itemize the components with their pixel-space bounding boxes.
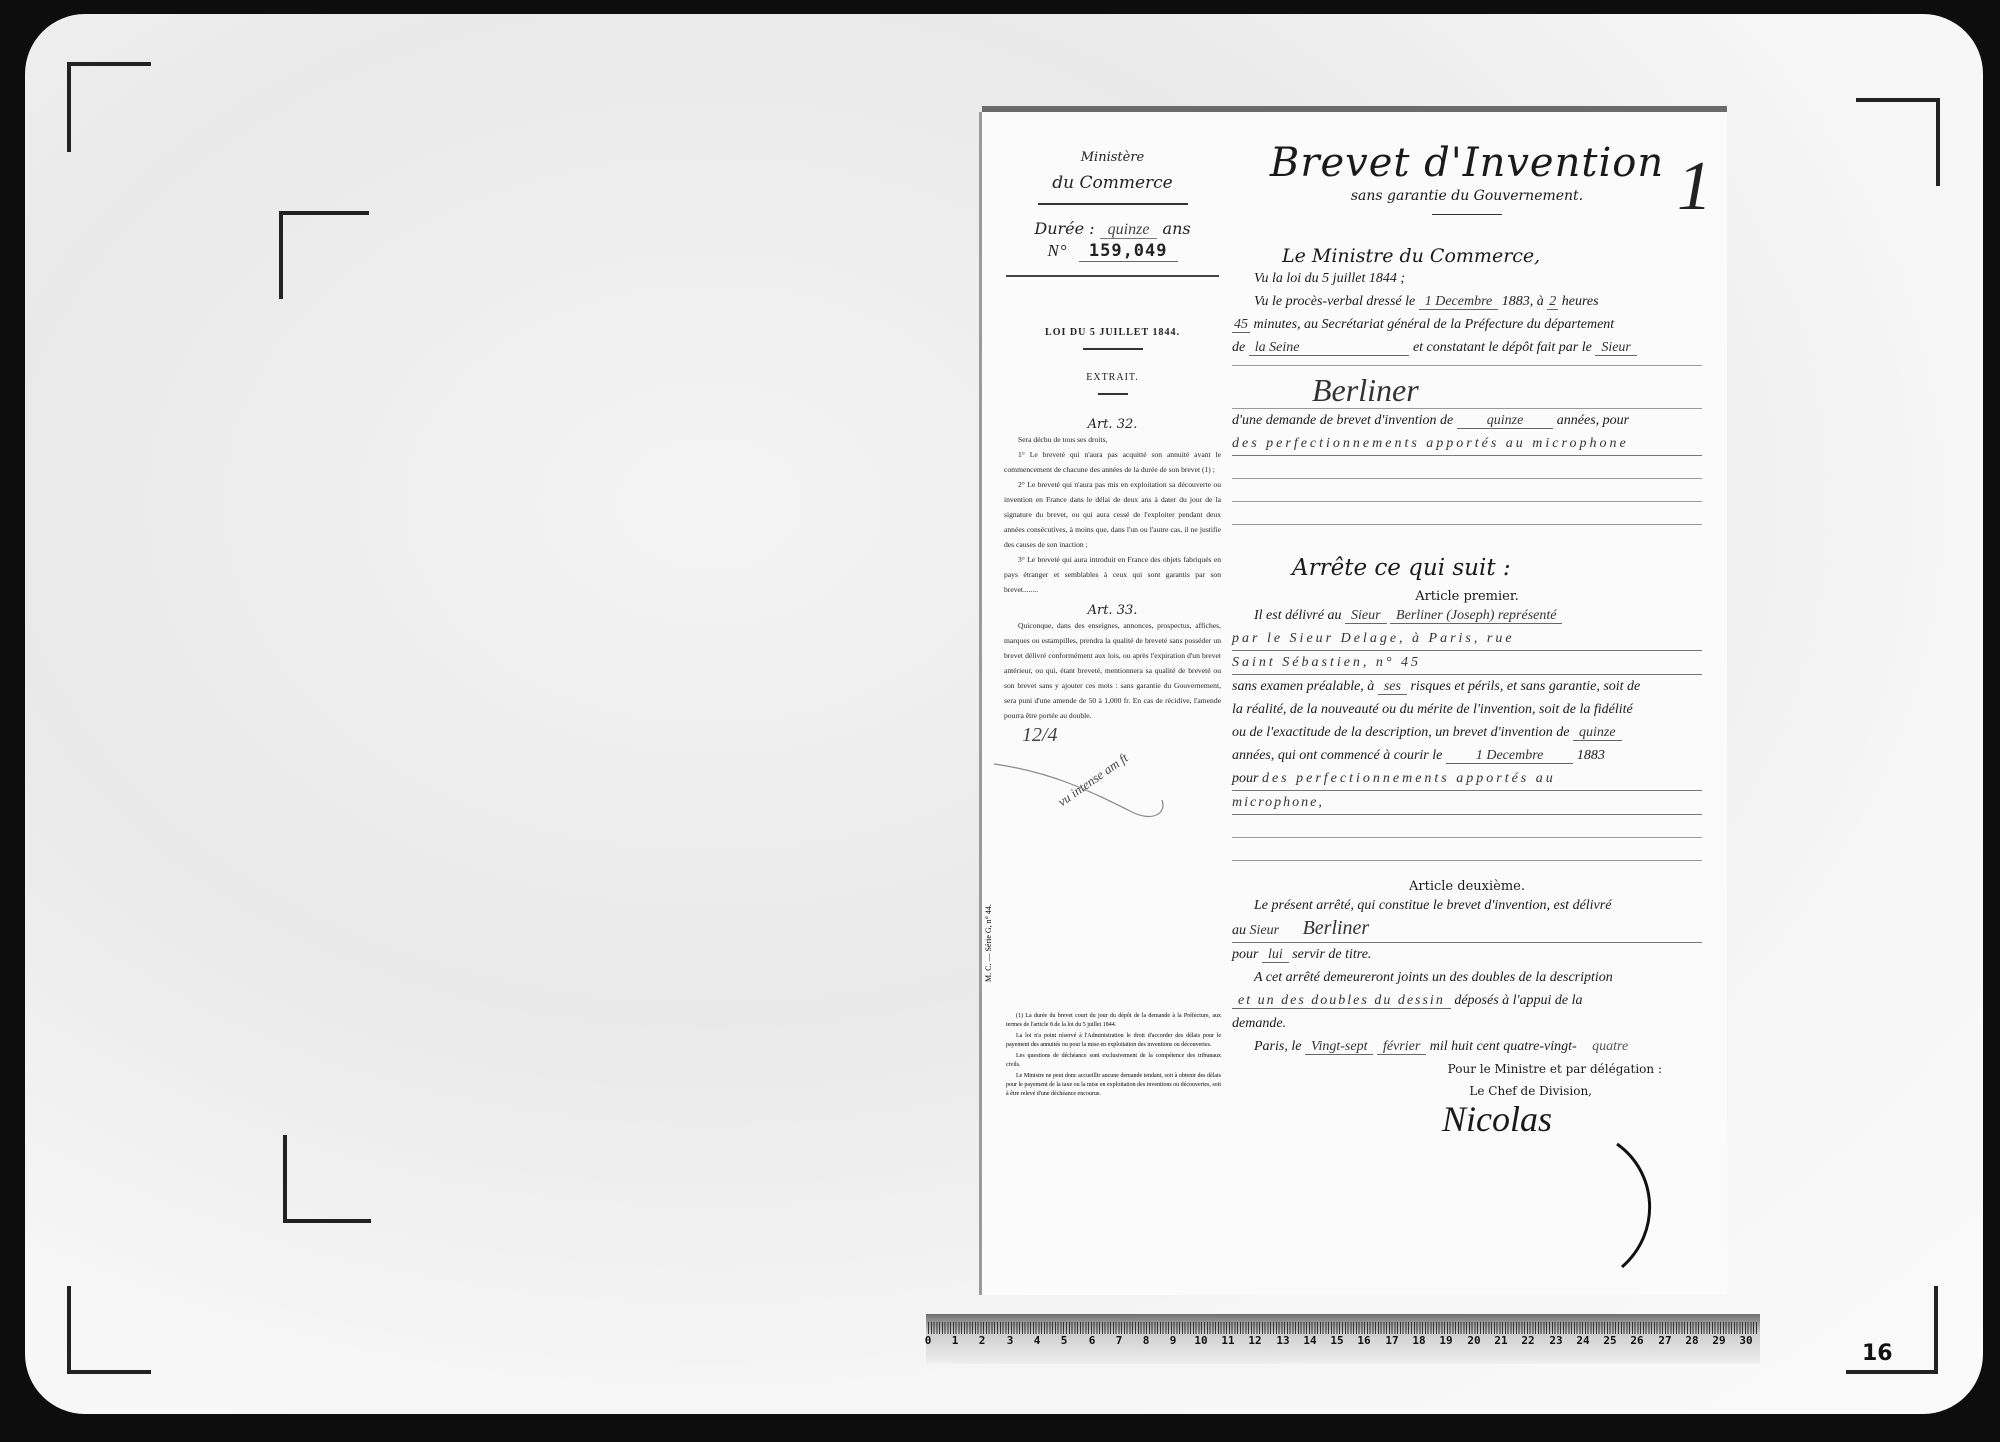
article33-heading: Art. 33. bbox=[1000, 603, 1225, 618]
ruler-label: 12 bbox=[1248, 1334, 1261, 1347]
crop-mark-bottom-left-outer bbox=[67, 1286, 151, 1374]
blank-line bbox=[1232, 479, 1702, 502]
law-paragraph: 2° Le breveté qui n'aura pas mis en expl… bbox=[1004, 477, 1221, 552]
ruler-label: 10 bbox=[1194, 1334, 1207, 1347]
date-year-hand: quatre bbox=[1580, 1039, 1628, 1054]
article1-for: pour bbox=[1232, 771, 1258, 786]
article2-body: déposés à l'appui de la bbox=[1454, 993, 1582, 1008]
ruler-label: 0 bbox=[925, 1334, 932, 1347]
article1-text: Il est délivré au Sieur Berliner (Joseph… bbox=[1232, 604, 1702, 861]
law-paragraph: 3° Le breveté qui aura introduit en Fran… bbox=[1004, 552, 1221, 597]
divider bbox=[1006, 275, 1219, 277]
deposit-text: et constatant le dépôt fait par le bbox=[1413, 340, 1592, 355]
patent-document: Ministère du Commerce Durée : quinze ans… bbox=[982, 112, 1727, 1295]
article1-title: Sieur bbox=[1345, 608, 1387, 624]
article2-body: Le présent arrêté, qui constitue le brev… bbox=[1232, 894, 1611, 917]
ruler-ticks bbox=[928, 1322, 1758, 1334]
law-subtitle: EXTRAIT. bbox=[1000, 372, 1225, 383]
ruler-label: 24 bbox=[1576, 1334, 1589, 1347]
article32-heading: Art. 32. bbox=[1000, 417, 1225, 432]
dept-prefix: de bbox=[1232, 340, 1245, 355]
minister-heading: Le Ministre du Commerce, bbox=[1232, 245, 1702, 267]
footnote: Le Ministre ne peut donc accueillir aucu… bbox=[1006, 1072, 1221, 1099]
number-label: N° bbox=[1047, 241, 1067, 260]
pv-hour: 2 bbox=[1547, 294, 1558, 310]
ministry-line2: du Commerce bbox=[1000, 173, 1225, 193]
date-prefix: Paris, le bbox=[1232, 1035, 1301, 1058]
ruler-label: 4 bbox=[1034, 1334, 1041, 1347]
crop-mark-bottom-left-inner bbox=[283, 1135, 371, 1223]
article2-name: Berliner bbox=[1283, 917, 1370, 939]
article1-prefix: Il est délivré au bbox=[1232, 604, 1341, 627]
law-paragraph: Quiconque, dans des enseignes, annonces,… bbox=[1004, 618, 1221, 723]
duration-label: Durée : bbox=[1034, 219, 1094, 238]
date-month: février bbox=[1377, 1039, 1426, 1055]
signature: Nicolas bbox=[1232, 1098, 1702, 1140]
blank-line bbox=[1232, 838, 1702, 861]
pv-hours-label: heures bbox=[1562, 294, 1599, 309]
margin-annotation: 12/4 bbox=[1022, 724, 1058, 747]
ruler-label: 26 bbox=[1630, 1334, 1643, 1347]
ruler-label: 18 bbox=[1412, 1334, 1425, 1347]
patent-number: 159,049 bbox=[1079, 241, 1178, 262]
article2-title: Sieur bbox=[1250, 923, 1280, 938]
page-mark: 1 bbox=[1677, 147, 1712, 227]
blank-line bbox=[1232, 359, 1702, 366]
duration-unit: ans bbox=[1163, 219, 1191, 238]
article2-body: A cet arrêté demeureront bbox=[1232, 966, 1394, 989]
ruler-label: 8 bbox=[1143, 1334, 1150, 1347]
ruler-label: 28 bbox=[1685, 1334, 1698, 1347]
ruler-label: 3 bbox=[1007, 1334, 1014, 1347]
signature-block: Pour le Ministre et par délégation : Le … bbox=[1232, 1058, 1702, 1102]
form-code: M. C. — Série G, n° 44. bbox=[984, 904, 993, 982]
ruler-label: 11 bbox=[1221, 1334, 1234, 1347]
article2-body: pour bbox=[1232, 947, 1258, 962]
article1-years: quinze bbox=[1573, 725, 1622, 741]
ruler-label: 5 bbox=[1061, 1334, 1068, 1347]
ruler-label: 14 bbox=[1303, 1334, 1316, 1347]
applicant-name: Berliner bbox=[1232, 372, 1702, 409]
duration-line: Durée : quinze ans bbox=[1000, 219, 1225, 239]
blank-line bbox=[1232, 456, 1702, 479]
article1-start-year: 1883 bbox=[1577, 748, 1605, 763]
ruler-label: 30 bbox=[1739, 1334, 1752, 1347]
footnote: (1) La durée du brevet court du jour du … bbox=[1006, 1012, 1221, 1030]
recital-pv-prefix: Vu le procès-verbal dressé le bbox=[1232, 290, 1415, 313]
ruler-label: 29 bbox=[1712, 1334, 1725, 1347]
ornament-divider bbox=[1432, 214, 1502, 215]
ruler-label: 21 bbox=[1494, 1334, 1507, 1347]
measurement-ruler: 0 1 2 3 4 5 6 7 8 9 10 11 12 13 14 15 16… bbox=[926, 1314, 1760, 1364]
sheet-number: 16 bbox=[1862, 1341, 1893, 1366]
blank-line bbox=[1232, 815, 1702, 838]
footnotes: (1) La durée du brevet court du jour du … bbox=[1006, 1012, 1221, 1101]
ruler-label: 1 bbox=[952, 1334, 959, 1347]
ruler-label: 27 bbox=[1658, 1334, 1671, 1347]
ministry-line1: Ministère bbox=[1000, 150, 1225, 165]
article1-body: années, qui ont commencé à courir le bbox=[1232, 748, 1442, 763]
article2-body: demande. bbox=[1232, 1012, 1702, 1035]
article1-body: la réalité, de la nouveauté ou du mérite… bbox=[1232, 698, 1702, 721]
ruler-label: 17 bbox=[1385, 1334, 1398, 1347]
invention-title: des perfectionnements apportés au microp… bbox=[1232, 436, 1629, 451]
arrete-heading: Arrête ce qui suit : bbox=[1232, 555, 1702, 581]
ruler-label: 16 bbox=[1357, 1334, 1370, 1347]
document-subtitle: sans garantie du Gouvernement. bbox=[1232, 188, 1702, 204]
deposit-title: Sieur bbox=[1595, 340, 1637, 356]
date-day: Vingt-sept bbox=[1305, 1039, 1374, 1055]
article1-risk-owner: ses bbox=[1378, 679, 1407, 695]
main-column: 1 Brevet d'Invention sans garantie du Go… bbox=[1232, 132, 1702, 1140]
invention-title-line: des perfectionnements apportés au microp… bbox=[1232, 432, 1702, 456]
article1-representative: par le Sieur Delage, à Paris, rue bbox=[1232, 627, 1702, 651]
blank-line bbox=[1232, 502, 1702, 525]
ruler-label: 25 bbox=[1603, 1334, 1616, 1347]
duration-value: quinze bbox=[1100, 221, 1158, 239]
date-year-text: mil huit cent quatre-vingt- bbox=[1430, 1039, 1577, 1054]
left-column: Ministère du Commerce Durée : quinze ans… bbox=[1000, 132, 1225, 723]
article2-to: au bbox=[1232, 923, 1246, 938]
article1-address: Saint Sébastien, n° 45 bbox=[1232, 651, 1702, 675]
article1-body-prefix: sans examen préalable, à bbox=[1232, 679, 1374, 694]
ruler-label: 20 bbox=[1467, 1334, 1480, 1347]
law-paragraph: Sera déchu de tous ses droits, bbox=[1004, 432, 1221, 447]
ruler-label: 7 bbox=[1116, 1334, 1123, 1347]
ruler-label: 22 bbox=[1521, 1334, 1534, 1347]
signature-flourish bbox=[1612, 1142, 1672, 1272]
margin-flourish bbox=[992, 752, 1172, 832]
article2-text: Le présent arrêté, qui constitue le brev… bbox=[1232, 894, 1702, 1058]
article2-hand: et un des doubles du dessin bbox=[1232, 993, 1451, 1009]
footnote: La loi n'a point réservé à l'Administrat… bbox=[1006, 1032, 1221, 1050]
article1-invention: des perfectionnements apportés au bbox=[1262, 771, 1556, 786]
patent-number-line: N° 159,049 bbox=[1000, 241, 1225, 261]
divider bbox=[1098, 393, 1128, 395]
law-title: LOI DU 5 JUILLET 1844. bbox=[1000, 327, 1225, 338]
delegation-text: Pour le Ministre et par délégation : bbox=[1232, 1058, 1662, 1080]
footnote: Les questions de déchéance sont exclusiv… bbox=[1006, 1052, 1221, 1070]
ruler-label: 6 bbox=[1089, 1334, 1096, 1347]
demand-suffix: années, pour bbox=[1557, 413, 1629, 428]
ruler-labels: 0 1 2 3 4 5 6 7 8 9 10 11 12 13 14 15 16… bbox=[926, 1334, 1760, 1354]
demand-prefix: d'une demande de brevet d'invention de bbox=[1232, 413, 1453, 428]
article1-body: risques et périls, et sans garantie, soi… bbox=[1410, 679, 1640, 694]
article33-text: Quiconque, dans des enseignes, annonces,… bbox=[1000, 618, 1225, 723]
article1-heading: Article premier. bbox=[1232, 589, 1702, 604]
pv-year: 1883, bbox=[1502, 294, 1534, 309]
article2-hand: lui bbox=[1262, 947, 1289, 963]
article2-heading: Article deuxième. bbox=[1232, 879, 1702, 894]
article1-invention-cont: microphone, bbox=[1232, 791, 1702, 815]
crop-mark-top-left-inner bbox=[279, 211, 369, 299]
pv-date: 1 Decembre bbox=[1419, 294, 1499, 310]
ruler-label: 2 bbox=[979, 1334, 986, 1347]
demand-years: quinze bbox=[1457, 413, 1554, 429]
pv-minutes: 45 bbox=[1232, 317, 1250, 333]
recital-law: Vu la loi du 5 juillet 1844 ; bbox=[1232, 267, 1405, 290]
recitals: Vu la loi du 5 juillet 1844 ; Vu le proc… bbox=[1232, 267, 1702, 525]
ruler-label: 19 bbox=[1439, 1334, 1452, 1347]
ruler-label: 15 bbox=[1330, 1334, 1343, 1347]
article32-text: Sera déchu de tous ses droits, 1° Le bre… bbox=[1000, 432, 1225, 597]
ruler-label: 9 bbox=[1170, 1334, 1177, 1347]
pv-minutes-text: minutes, au Secrétariat général de la Pr… bbox=[1254, 317, 1615, 332]
article1-start-date: 1 Decembre bbox=[1446, 748, 1574, 764]
ruler-label: 13 bbox=[1276, 1334, 1289, 1347]
divider bbox=[1083, 348, 1143, 350]
article1-body: ou de l'exactitude de la description, un… bbox=[1232, 725, 1569, 740]
ornament-divider bbox=[1038, 203, 1188, 205]
article2-body: joints un des doubles de la description bbox=[1397, 970, 1612, 985]
article2-body: servir de titre. bbox=[1292, 947, 1371, 962]
law-paragraph: 1° Le breveté qui n'aura pas acquitté so… bbox=[1004, 447, 1221, 477]
crop-mark-top-right bbox=[1856, 98, 1940, 186]
pv-at: à bbox=[1537, 294, 1544, 309]
department: la Seine bbox=[1249, 340, 1410, 356]
document-title: Brevet d'Invention bbox=[1232, 140, 1702, 186]
article1-name: Berliner (Joseph) représenté bbox=[1390, 608, 1562, 624]
ruler-label: 23 bbox=[1549, 1334, 1562, 1347]
crop-mark-top-left-outer bbox=[67, 62, 151, 152]
